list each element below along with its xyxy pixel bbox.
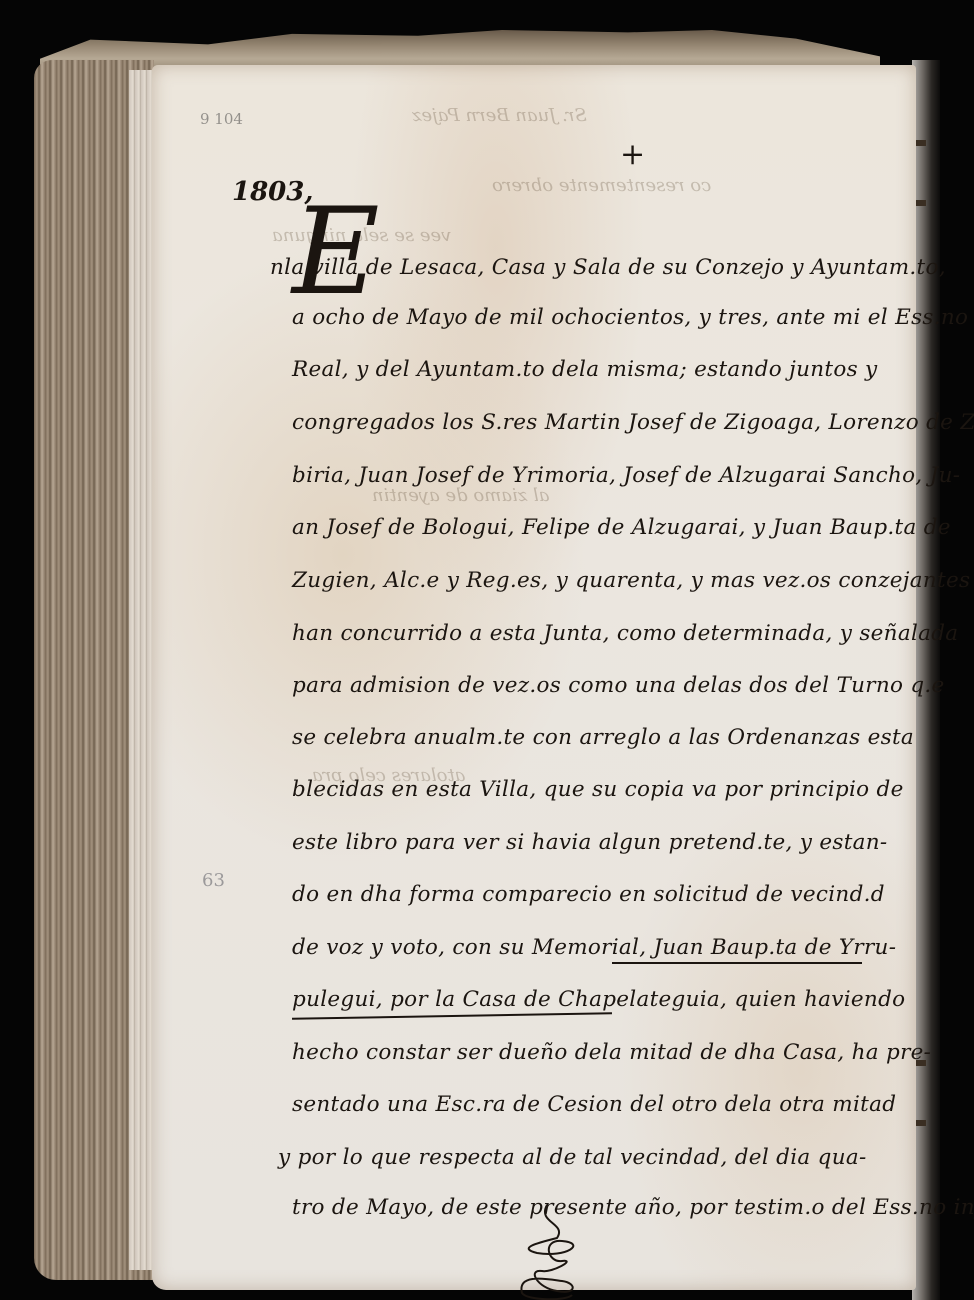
bleed-through-text: al ziamo de ayentin [372, 485, 549, 506]
bleed-through-text: co resentemente obrero [492, 175, 711, 196]
cross-mark: + [620, 137, 645, 172]
text-line-12: este libro para ver si havia algun prete… [292, 830, 888, 855]
bleed-through-text: Sr. Juan Bern Pajez [412, 105, 587, 126]
pencil-margin-note: 63 [202, 870, 225, 891]
text-line-10: se celebra anualm.te con arreglo a las O… [292, 725, 914, 750]
text-line-1: nla villa de Lesaca, Casa y Sala de su C… [270, 255, 946, 280]
text-line-4: congregados los S.res Martin Josef de Zi… [292, 410, 974, 435]
underline [292, 1012, 612, 1020]
text-line-7: Zugien, Alc.e y Reg.es, y quarenta, y ma… [292, 568, 974, 593]
text-line-19: tro de Mayo, de este presente año, por t… [292, 1195, 974, 1220]
text-line-2: a ocho de Mayo de mil ochocientos, y tre… [292, 305, 968, 330]
underline [612, 962, 862, 964]
text-line-16: hecho constar ser dueño dela mitad de dh… [292, 1040, 931, 1065]
text-line-5: biria, Juan Josef de Yrimoria, Josef de … [292, 463, 960, 488]
manuscript-page: Sr. Juan Bern Pajez co resentemente obre… [152, 65, 916, 1290]
text-line-6: an Josef de Bologui, Felipe de Alzugarai… [292, 515, 951, 540]
text-line-18: y por lo que respecta al de tal vecindad… [278, 1145, 867, 1170]
text-line-14: de voz y voto, con su Memorial, Juan Bau… [292, 935, 896, 960]
corner-folio-note: 9 104 [200, 110, 243, 128]
text-line-3: Real, y del Ayuntam.to dela misma; estan… [292, 357, 878, 382]
book: Sr. Juan Bern Pajez co resentemente obre… [34, 30, 940, 1300]
text-line-15: pulegui, por la Casa de Chapelateguia, q… [292, 987, 905, 1012]
text-line-9: para admision de vez.os como una delas d… [292, 673, 945, 698]
text-line-17: sentado una Esc.ra de Cesion del otro de… [292, 1092, 896, 1117]
rubric-flourish-icon [507, 1203, 597, 1300]
text-line-11: blecidas en esta Villa, que su copia va … [292, 777, 904, 802]
text-line-13: do en dha forma comparecio en solicitud … [292, 882, 885, 907]
decorated-initial: E [292, 193, 380, 313]
text-line-8: han concurrido a esta Junta, como determ… [292, 621, 958, 646]
